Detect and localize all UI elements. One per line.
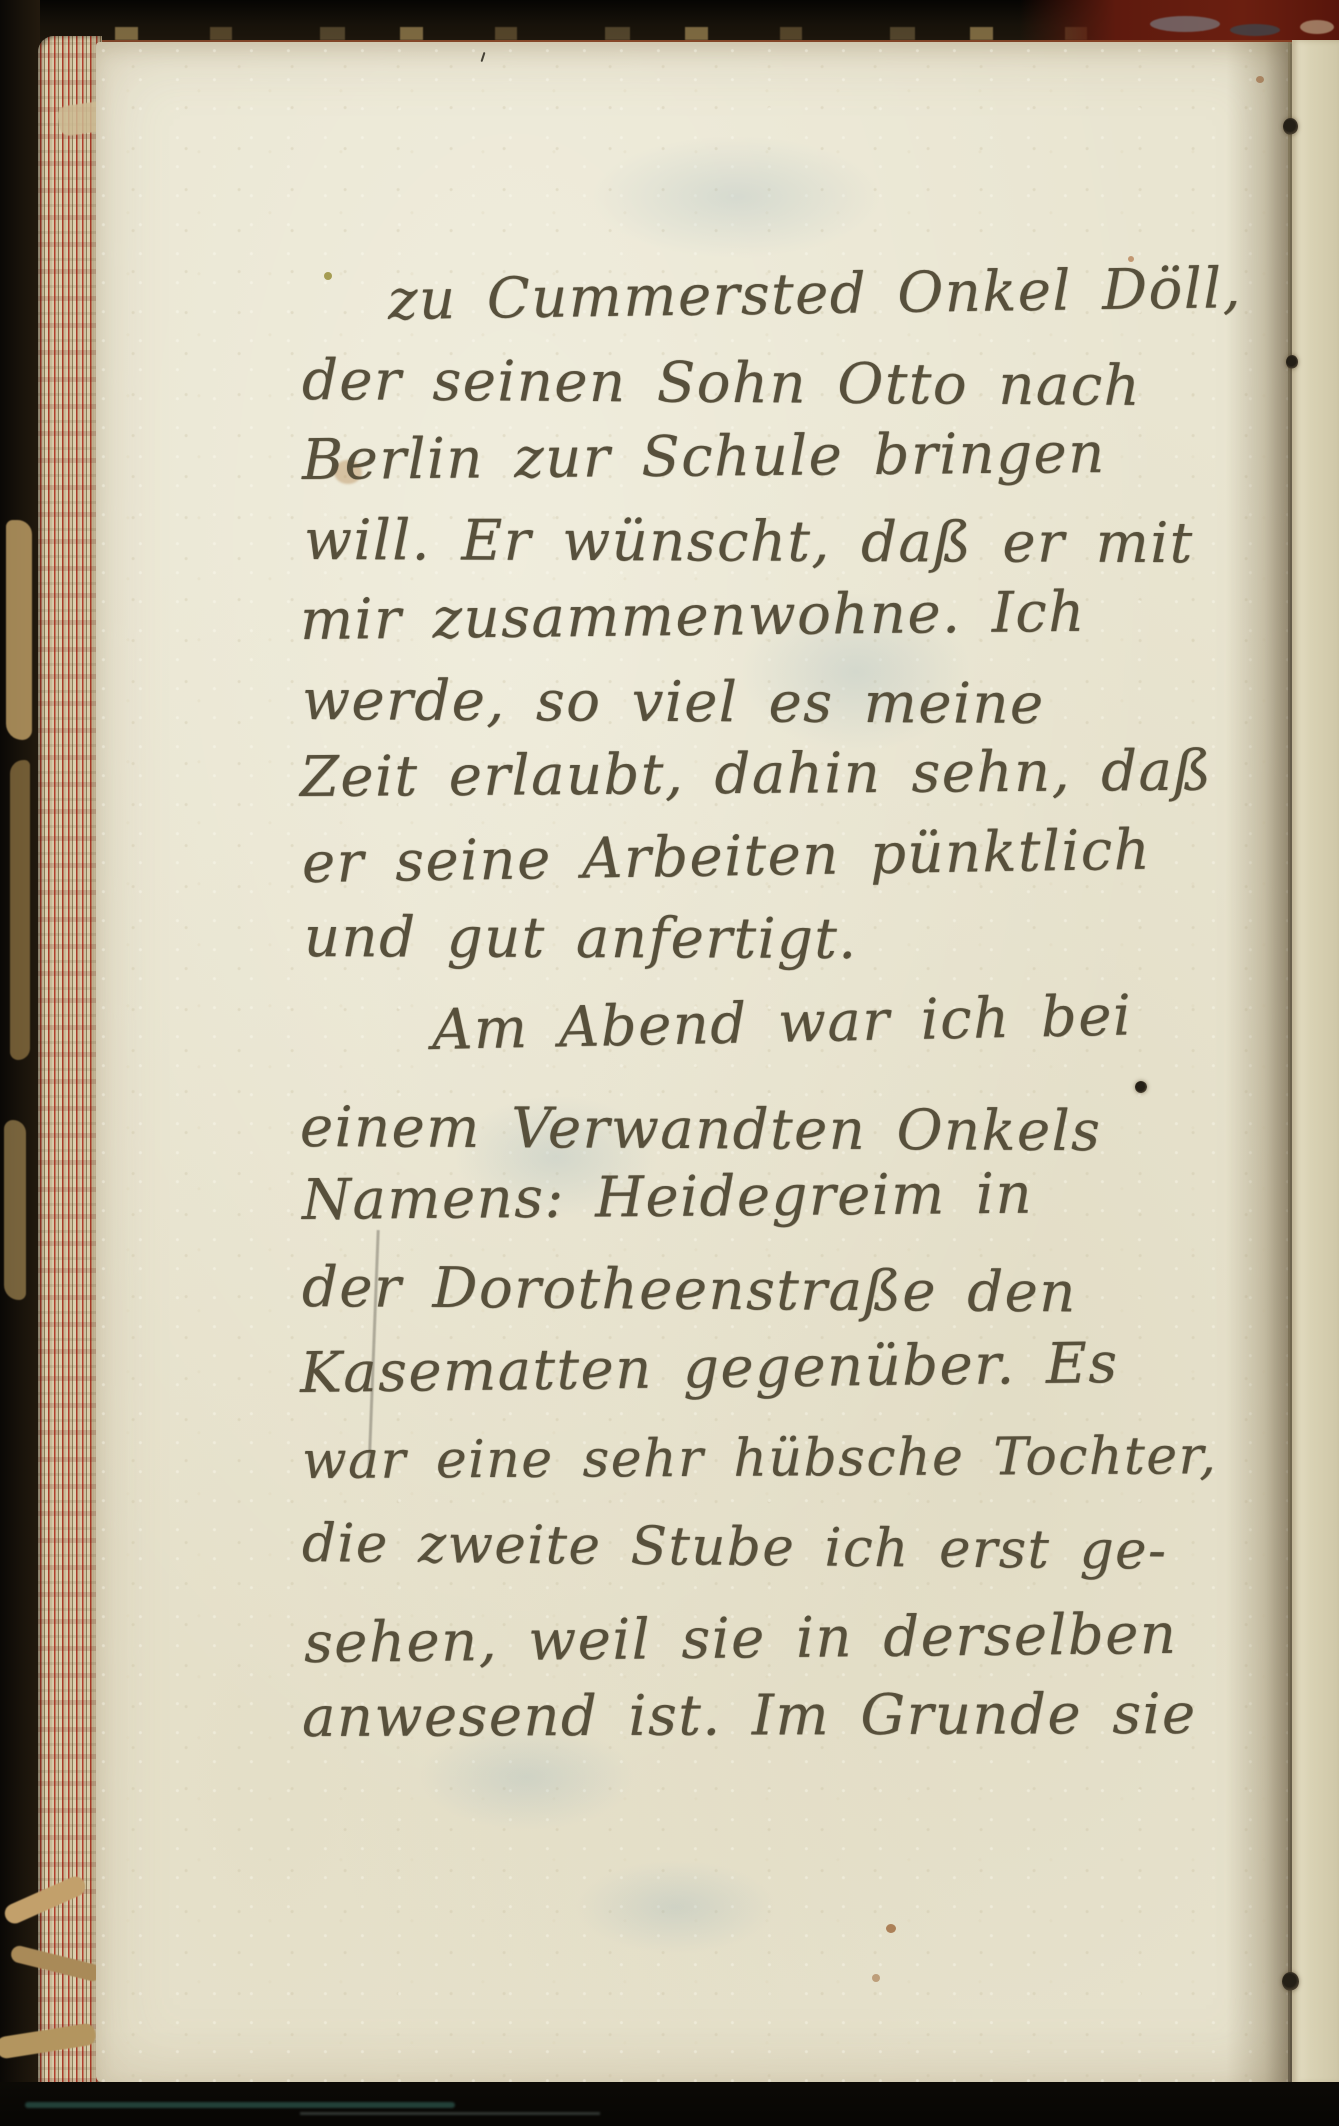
handwriting-line: Berlin zur Schule bringen — [302, 421, 1106, 494]
book-cover-bottom-edge — [0, 2082, 1339, 2126]
facing-page-sliver — [1292, 40, 1339, 2084]
cover-tear-patch — [6, 520, 32, 740]
manuscript-page: zu Cummersted Onkel Döll, der seinen Soh… — [96, 42, 1290, 2082]
cover-tear-patch — [4, 1120, 26, 1300]
handwriting-line: mir zusammenwohne. Ich — [300, 580, 1086, 654]
handwriting-line: die zweite Stube ich erst ge- — [302, 1511, 1168, 1585]
cover-tear-patch — [10, 760, 30, 1060]
handwriting-line: Am Abend war ich bei — [431, 983, 1133, 1064]
wormhole — [1283, 118, 1298, 135]
book-cover-left-edge — [0, 0, 40, 2126]
spine-worn-chip — [1150, 16, 1220, 32]
handwriting-line: zu Cummersted Onkel Döll, — [388, 256, 1243, 334]
spine-worn-chip — [1230, 24, 1280, 36]
wormhole — [1135, 1081, 1147, 1093]
handwriting-line: war eine sehr hübsche Tochter, — [302, 1423, 1218, 1494]
handwriting-line: er seine Arbeiten pünktlich — [301, 818, 1151, 897]
spine-worn-chip — [1300, 20, 1334, 34]
wormhole — [1282, 1972, 1299, 1991]
handwriting-line: anwesend ist. Im Grunde sie — [302, 1682, 1197, 1751]
handwriting-line: will. Er wünscht, daß er mit — [304, 508, 1194, 577]
handwriting-line: der seinen Sohn Otto nach — [302, 348, 1142, 420]
handwriting-line: werde, so viel es meine — [302, 668, 1045, 738]
handwriting-block: zu Cummersted Onkel Döll, der seinen Soh… — [96, 42, 1290, 2082]
handwriting-line: der Dorotheenstraße den — [302, 1255, 1077, 1326]
handwriting-line: Zeit erlaubt, dahin sehn, daß — [300, 739, 1213, 811]
gutter-shadow — [1226, 42, 1290, 2082]
worn-streak — [300, 2112, 600, 2115]
handwriting-line: Namens: Heidegreim in — [302, 1162, 1034, 1234]
teal-cloth-streak — [25, 2102, 455, 2108]
page-edges-stack — [38, 36, 102, 2110]
handwriting-line: sehen, weil sie in derselben — [304, 1602, 1178, 1677]
handwriting-line: Kasematten gegenüber. Es — [300, 1331, 1119, 1407]
wormhole — [1286, 355, 1298, 369]
handwriting-line: und gut anfertigt. — [304, 905, 858, 973]
handwriting-line: einem Verwandten Onkels — [300, 1095, 1102, 1165]
book-photograph: zu Cummersted Onkel Döll, der seinen Soh… — [0, 0, 1339, 2126]
